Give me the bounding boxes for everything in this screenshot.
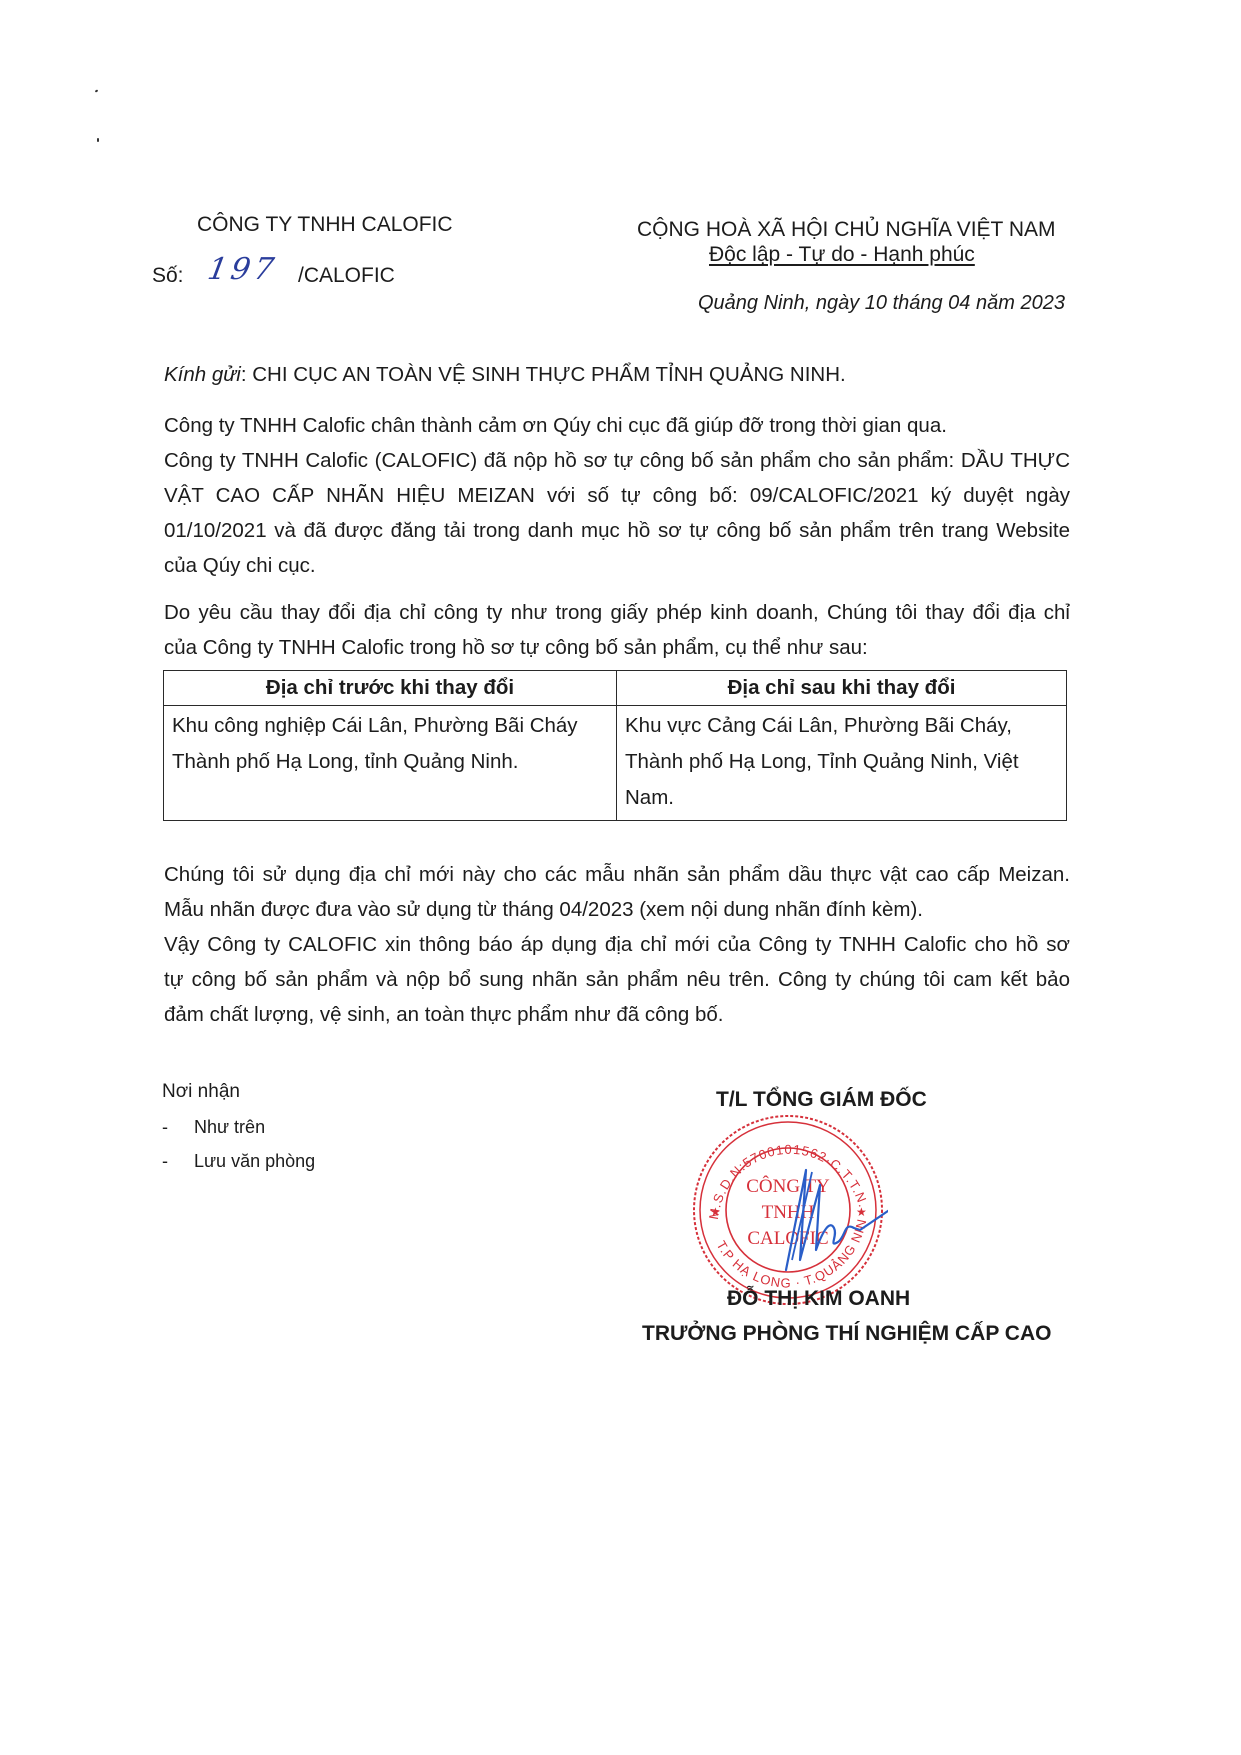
company-name: CÔNG TY TNHH CALOFIC	[197, 213, 453, 237]
signer-title: TRƯỞNG PHÒNG THÍ NGHIỆM CẤP CAO	[642, 1322, 1051, 1346]
recipient-name: : CHI CỤC AN TOÀN VỆ SINH THỰC PHẨM TỈNH…	[241, 363, 846, 386]
header-before: Địa chỉ trước khi thay đổi	[164, 671, 617, 706]
paragraph-line: Công ty TNHH Calofic chân thành cảm ơn Q…	[164, 408, 1070, 443]
table-row: Khu công nghiệp Cái Lân, Phường Bãi Cháy…	[164, 706, 1067, 821]
paragraph-line: Mẫu nhãn được đưa vào sử dụng từ tháng 0…	[164, 892, 1070, 927]
doc-number-label: Số:	[152, 264, 184, 288]
paragraph-address-change: Do yêu cầu thay đổi địa chỉ công ty như …	[164, 595, 1070, 665]
signer-name: ĐỖ THỊ KIM OANH	[727, 1287, 910, 1311]
svg-text:★: ★	[856, 1205, 867, 1219]
paragraph-thanks: Công ty TNHH Calofic chân thành cảm ơn Q…	[164, 408, 1070, 443]
paragraph-new-label: Chúng tôi sử dụng địa chỉ mới này cho cá…	[164, 857, 1070, 1032]
header-after: Địa chỉ sau khi thay đổi	[617, 671, 1067, 706]
address-line: Khu công nghiệp Cái Lân, Phường Bãi Cháy	[172, 708, 608, 744]
motto: Độc lập - Tự do - Hạnh phúc	[709, 243, 975, 267]
recipient-item: Lưu văn phòng	[194, 1151, 315, 1172]
scan-speck	[95, 89, 99, 92]
paragraph-line: VẬT CAO CẤP NHÃN HIỆU MEIZAN với số tự c…	[164, 478, 1070, 513]
paragraph-line: đảm chất lượng, vệ sinh, an toàn thực ph…	[164, 997, 1070, 1032]
recipient-label: Kính gửi	[164, 363, 241, 386]
place-date: Quảng Ninh, ngày 10 tháng 04 năm 2023	[698, 292, 1065, 315]
paragraph-line: tự công bố sản phẩm và nộp bổ sung nhãn …	[164, 962, 1070, 997]
address-after-cell: Khu vực Cảng Cái Lân, Phường Bãi Cháy, T…	[617, 706, 1067, 821]
svg-text:★: ★	[710, 1205, 721, 1219]
paragraph-line: Chúng tôi sử dụng địa chỉ mới này cho cá…	[164, 857, 1070, 892]
address-line: Thành phố Hạ Long, tỉnh Quảng Ninh.	[172, 744, 608, 780]
address-line: Khu vực Cảng Cái Lân, Phường Bãi Cháy,	[625, 708, 1058, 744]
address-before-cell: Khu công nghiệp Cái Lân, Phường Bãi Cháy…	[164, 706, 617, 821]
paragraph-line: của Qúy chi cục.	[164, 548, 1070, 583]
address-change-table: Địa chỉ trước khi thay đổi Địa chỉ sau k…	[163, 670, 1067, 821]
paragraph-line: 01/10/2021 và đã được đăng tải trong dan…	[164, 513, 1070, 548]
paragraph-line: Do yêu cầu thay đổi địa chỉ công ty như …	[164, 595, 1070, 630]
country-title: CỘNG HOÀ XÃ HỘI CHỦ NGHĨA VIỆT NAM	[637, 218, 1056, 242]
recipient-item: Như trên	[194, 1117, 265, 1138]
doc-number-handwritten: 197	[205, 252, 280, 287]
scan-speck	[97, 138, 99, 142]
recipient-bullet: -	[162, 1117, 168, 1138]
address-line: Nam.	[625, 780, 1058, 816]
table-header-row: Địa chỉ trước khi thay đổi Địa chỉ sau k…	[164, 671, 1067, 706]
recipient-bullet: -	[162, 1151, 168, 1172]
stamp-line: TNHH	[762, 1202, 815, 1223]
on-behalf-title: T/L TỔNG GIÁM ĐỐC	[716, 1088, 927, 1112]
paragraph-line: Vậy Công ty CALOFIC xin thông báo áp dụn…	[164, 927, 1070, 962]
doc-number-suffix: /CALOFIC	[298, 264, 395, 288]
recipient-line: Kính gửi: CHI CỤC AN TOÀN VỆ SINH THỰC P…	[164, 363, 846, 387]
company-stamp: M.S.D.N:5700101562·C.T.T.N.H.H T.P HẠ LO…	[688, 1110, 888, 1310]
paragraph-line: Công ty TNHH Calofic (CALOFIC) đã nộp hồ…	[164, 443, 1070, 478]
address-line: Thành phố Hạ Long, Tỉnh Quảng Ninh, Việt	[625, 744, 1058, 780]
paragraph-line: của Công ty TNHH Calofic trong hồ sơ tự …	[164, 630, 1070, 665]
recipients-label: Nơi nhận	[162, 1081, 240, 1103]
paragraph-product-declaration: Công ty TNHH Calofic (CALOFIC) đã nộp hồ…	[164, 443, 1070, 583]
